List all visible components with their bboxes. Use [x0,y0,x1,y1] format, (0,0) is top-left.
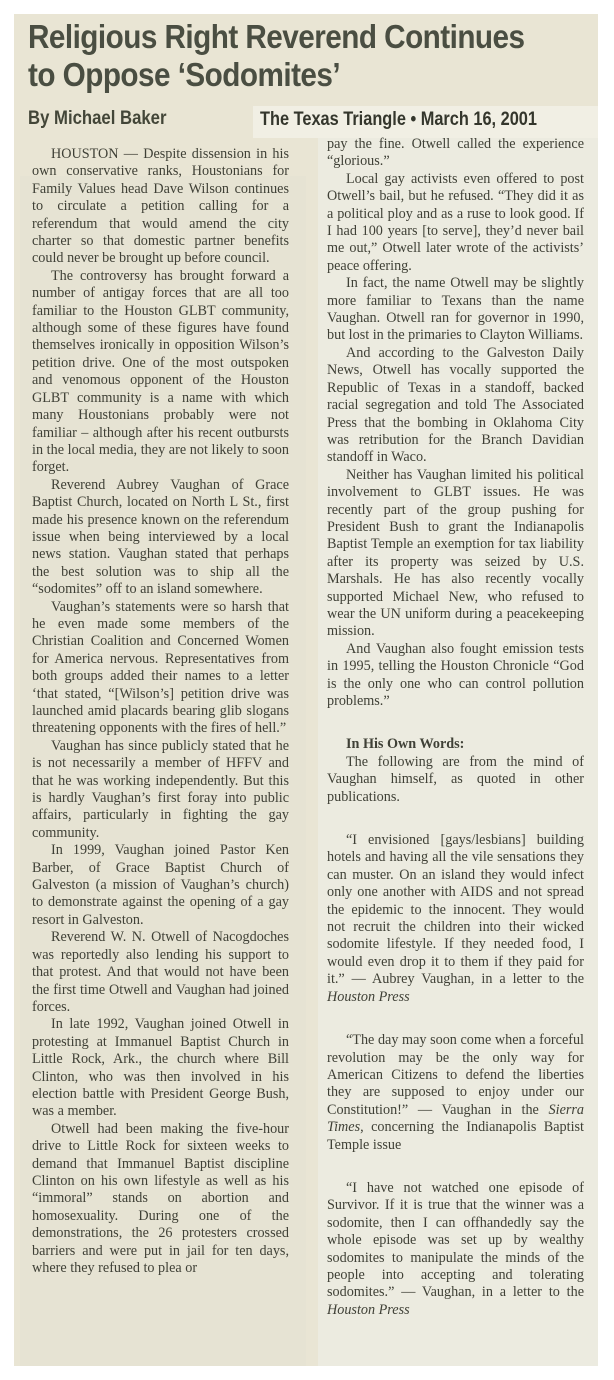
paragraph: pay the fine. Otwell called the experien… [327,136,584,171]
paragraph: Neither has Vaughan limited his politica… [327,467,584,641]
headline: Religious Right Reverend Continues to Op… [28,18,541,94]
paragraph: In fact, the name Otwell may be slightly… [327,275,584,345]
paragraph: Reverend Aubrey Vaughan of Grace Baptist… [32,477,289,599]
paragraph: HOUSTON — Despite dissension in his own … [32,146,289,268]
right-column: pay the fine. Otwell called the experien… [327,136,584,1319]
paragraph: And Vaughan also fought emission tests i… [327,641,584,711]
quote: “I have not watched one episode of Survi… [327,1180,584,1319]
paragraph: In late 1992, Vaughan joined Otwell in p… [32,1016,289,1120]
paragraph: Reverend W. N. Otwell of Nacogdoches was… [32,929,289,1016]
sidebar-intro: The following are from the mind of Vaugh… [327,754,584,806]
quote: “I envisioned [gays/lesbians] building h… [327,832,584,1006]
quote: “The day may soon come when a forceful r… [327,1032,584,1154]
quote-source: Houston Press [327,989,410,1005]
paragraph: Otwell had been making the five-hour dri… [32,1121,289,1278]
quote-text: “I have not watched one episode of Survi… [327,1180,584,1300]
quote-text: “The day may soon come when a forceful r… [327,1032,584,1118]
paragraph: Vaughan has since publicly stated that h… [32,738,289,842]
paragraph: And according to the Galveston Daily New… [327,345,584,467]
paragraph: Vaughan’s statements were so harsh that … [32,599,289,738]
sidebar-subhead: In His Own Words: [327,736,584,753]
paragraph: In 1999, Vaughan joined Pastor Ken Barbe… [32,842,289,929]
paragraph: The controversy has brought forward a nu… [32,268,289,477]
left-column: HOUSTON — Despite dissension in his own … [32,146,289,1277]
quote-source: Houston Press [327,1302,410,1318]
paragraph: Local gay activists even offered to post… [327,171,584,275]
byline: By Michael Baker [28,108,166,130]
quote-after: , concerning the Indianapolis Baptist Te… [327,1119,584,1152]
publication-dateline: The Texas Triangle • March 16, 2001 [260,109,537,131]
quote-text: “I envisioned [gays/lesbians] building h… [327,832,584,987]
